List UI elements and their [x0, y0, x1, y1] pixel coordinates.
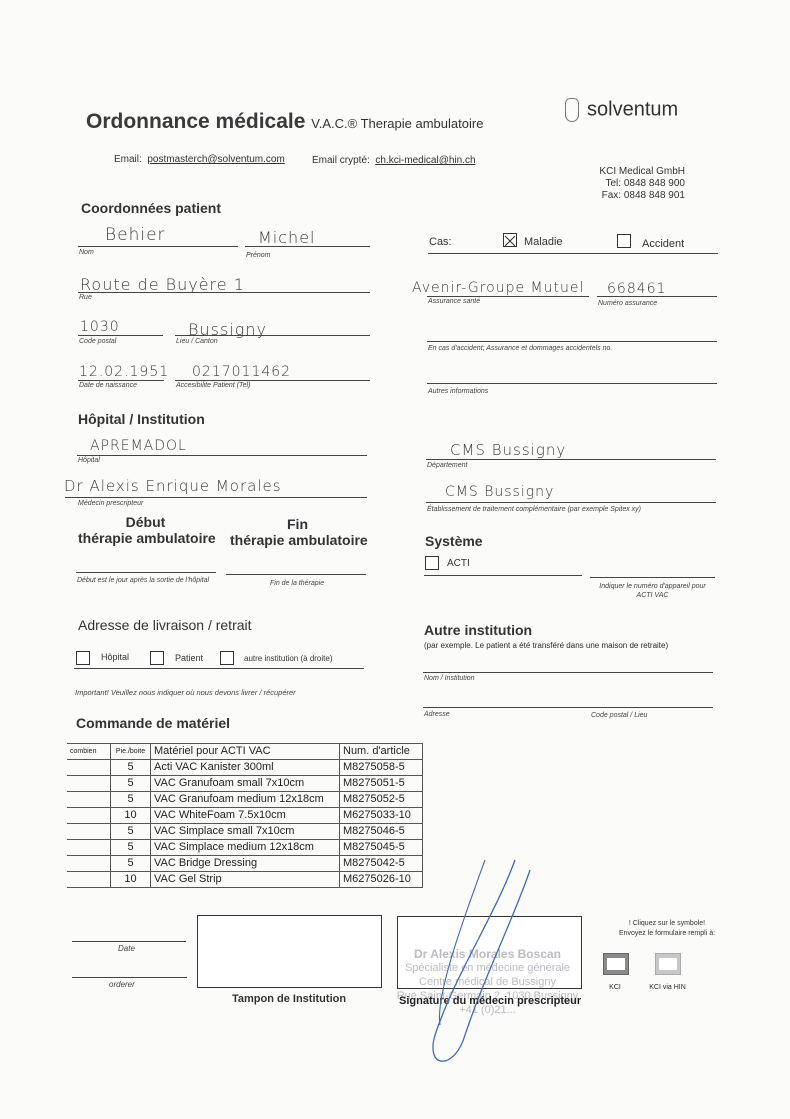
- col-per-box: Pie./boite: [111, 744, 151, 760]
- acti-label: ACTI: [447, 558, 470, 569]
- col-article: Num. d'article: [340, 744, 423, 760]
- table-row: 5Acti VAC Kanister 300mlM8275058-5: [67, 760, 423, 776]
- qty-cell[interactable]: [67, 824, 111, 840]
- send-hin-label: KCI via HIN: [645, 984, 690, 991]
- delivery-patient-label: Patient: [175, 653, 203, 663]
- patient-nom-value[interactable]: Behier: [105, 225, 166, 245]
- per-box-cell: 10: [111, 808, 151, 824]
- autres-label: Autres informations: [428, 388, 488, 395]
- company-name: KCI Medical GmbH: [590, 166, 685, 178]
- material-cell: VAC Bridge Dressing: [151, 856, 340, 872]
- stamp-label: Tampon de Institution: [232, 993, 346, 1005]
- table-header-row: combien Pie./boite Matériel pour ACTI VA…: [67, 744, 423, 760]
- col-material: Matériel pour ACTI VAC: [151, 744, 340, 760]
- orderer-field[interactable]: [72, 977, 187, 978]
- article-cell: M8275045-5: [340, 840, 423, 856]
- system-heading: Système: [425, 533, 483, 549]
- per-box-cell: 5: [111, 824, 151, 840]
- patient-heading: Coordonnées patient: [81, 200, 221, 216]
- debut-note: Début est le jour après la sortie de l'h…: [77, 577, 209, 584]
- company-tel: Tel: 0848 848 900: [590, 178, 685, 190]
- patient-tel-value[interactable]: 0217011462: [192, 364, 291, 380]
- col-combien: combien: [67, 744, 111, 760]
- article-cell: M6275026-10: [340, 872, 423, 888]
- rue-label: Rue: [79, 294, 92, 301]
- delivery-autre-checkbox[interactable]: [220, 651, 234, 665]
- patient-dob-value[interactable]: 12.02.1951: [79, 364, 169, 380]
- prenom-label: Prénom: [246, 252, 271, 259]
- therapy-debut: Début thérapie ambulatoire: [78, 514, 213, 546]
- device-note: Indiquer le numéro d'appareil pourACTI V…: [590, 582, 715, 600]
- numero-value[interactable]: 668461: [607, 281, 666, 297]
- qty-cell[interactable]: [67, 776, 111, 792]
- qty-cell[interactable]: [67, 872, 111, 888]
- company-fax: Fax: 0848 848 901: [590, 190, 685, 202]
- medecin-label: Médecin prescripteur: [78, 500, 143, 507]
- orderer-label: orderer: [109, 980, 135, 989]
- delivery-hopital-checkbox[interactable]: [76, 651, 90, 665]
- case-label: Cas:: [429, 236, 452, 248]
- per-box-cell: 5: [111, 856, 151, 872]
- article-cell: M8275046-5: [340, 824, 423, 840]
- patient-cp-value[interactable]: 1030: [80, 319, 120, 335]
- mail-hin-icon[interactable]: [655, 953, 681, 975]
- accident-checkbox[interactable]: [617, 234, 631, 248]
- debut-field[interactable]: [76, 572, 216, 573]
- solventum-s-icon: [565, 98, 579, 122]
- other-adresse-field[interactable]: [423, 707, 713, 708]
- email-line: Email: postmasterch@solventum.com: [114, 154, 285, 165]
- article-cell: M8275051-5: [340, 776, 423, 792]
- other-adresse-label: Adresse: [424, 711, 450, 718]
- dob-label: Date de naissance: [79, 382, 137, 389]
- material-cell: VAC Granufoam small 7x10cm: [151, 776, 340, 792]
- article-cell: M8275058-5: [340, 760, 423, 776]
- hopital-value[interactable]: APREMADOL: [90, 438, 187, 454]
- material-table: combien Pie./boite Matériel pour ACTI VA…: [67, 743, 423, 888]
- qty-cell[interactable]: [67, 760, 111, 776]
- other-institution-heading: Autre institution: [424, 622, 532, 638]
- departement-label: Département: [427, 462, 467, 469]
- lieu-label: Lieu / Canton: [176, 338, 218, 345]
- table-row: 5VAC Bridge DressingM8275042-5: [67, 856, 423, 872]
- institution-stamp-box[interactable]: [197, 915, 382, 988]
- patient-lieu-value[interactable]: Bussigny: [188, 320, 267, 339]
- etablissement-value[interactable]: CMS Bussigny: [445, 484, 554, 500]
- other-institution-sub: (par exemple. Le patient a été transféré…: [424, 641, 668, 650]
- date-field[interactable]: [72, 941, 186, 942]
- material-cell: VAC Granufoam medium 12x18cm: [151, 792, 340, 808]
- assurance-value[interactable]: Avenir-Groupe Mutuel: [412, 280, 584, 296]
- article-cell: M6275033-10: [340, 808, 423, 824]
- table-row: 5VAC Simplace small 7x10cmM8275046-5: [67, 824, 423, 840]
- article-cell: M8275052-5: [340, 792, 423, 808]
- material-cell: VAC Simplace medium 12x18cm: [151, 840, 340, 856]
- form-title: Ordonnance médicale V.A.C.® Therapie amb…: [86, 110, 483, 134]
- check-x-icon: [504, 235, 516, 247]
- table-row: 10VAC Gel StripM6275026-10: [67, 872, 423, 888]
- patient-prenom-value[interactable]: Michel: [258, 228, 315, 247]
- email-crypt-link[interactable]: ch.kci-medical@hin.ch: [375, 155, 475, 166]
- accident-no-label: En cas d'accident; Assurance et dommages…: [428, 345, 612, 352]
- email-link[interactable]: postmasterch@solventum.com: [147, 154, 284, 165]
- qty-cell[interactable]: [67, 856, 111, 872]
- material-cell: VAC Gel Strip: [151, 872, 340, 888]
- acti-checkbox[interactable]: [425, 556, 439, 570]
- delivery-patient-checkbox[interactable]: [150, 651, 164, 665]
- per-box-cell: 5: [111, 792, 151, 808]
- table-row: 10VAC WhiteFoam 7.5x10cmM6275033-10: [67, 808, 423, 824]
- form-subtitle: V.A.C.® Therapie ambulatoire: [311, 116, 483, 131]
- prescription-form: Ordonnance médicale V.A.C.® Therapie amb…: [0, 0, 790, 1119]
- hopital-label: Hôpital: [78, 457, 100, 464]
- etablissement-label: Établissement de traitement complémentai…: [427, 506, 641, 513]
- article-cell: M8275042-5: [340, 856, 423, 872]
- other-nom-field[interactable]: [423, 672, 713, 673]
- medecin-value[interactable]: Dr Alexis Enrique Morales: [64, 477, 282, 495]
- fin-note: Fin de la thérapie: [270, 580, 324, 587]
- device-number-field[interactable]: [590, 577, 715, 578]
- hospital-heading: Hôpital / Institution: [78, 411, 205, 427]
- solventum-logo: solventum: [565, 98, 678, 122]
- per-box-cell: 5: [111, 776, 151, 792]
- delivery-heading: Adresse de livraison / retrait: [78, 617, 252, 633]
- material-cell: VAC Simplace small 7x10cm: [151, 824, 340, 840]
- table-row: 5VAC Granufoam small 7x10cmM8275051-5: [67, 776, 423, 792]
- email-crypt-line: Email crypté: ch.kci-medical@hin.ch: [312, 155, 476, 166]
- therapy-fin: Fin thérapie ambulatoire: [230, 516, 365, 548]
- company-info: KCI Medical GmbH Tel: 0848 848 900 Fax: …: [590, 166, 685, 202]
- delivery-hopital-label: Hôpital: [101, 652, 129, 662]
- nom-label: Nom: [79, 249, 94, 256]
- tel-label: Accesibilite Patient (Tel): [176, 382, 250, 389]
- order-heading: Commande de matériel: [76, 715, 230, 731]
- per-box-cell: 5: [111, 760, 151, 776]
- per-box-cell: 5: [111, 840, 151, 856]
- accident-label: Accident: [642, 238, 684, 250]
- maladie-label: Maladie: [524, 236, 563, 248]
- per-box-cell: 10: [111, 872, 151, 888]
- numero-label: Numéro assurance: [598, 300, 657, 307]
- handwritten-signature: [415, 855, 545, 1075]
- other-nom-label: Nom / Institution: [424, 675, 475, 682]
- departement-value[interactable]: CMS Bussigny: [450, 441, 566, 459]
- delivery-note: Important! Veuillez nous indiquer où nou…: [75, 688, 296, 697]
- maladie-checkbox[interactable]: [503, 233, 517, 247]
- table-row: 5VAC Simplace medium 12x18cmM8275045-5: [67, 840, 423, 856]
- send-kci-label: KCI: [598, 984, 632, 991]
- qty-cell[interactable]: [67, 792, 111, 808]
- qty-cell[interactable]: [67, 808, 111, 824]
- delivery-autre-label: autre institution (à droite): [244, 654, 333, 663]
- other-cp-label: Code postal / Lieu: [591, 712, 647, 719]
- material-cell: VAC WhiteFoam 7.5x10cm: [151, 808, 340, 824]
- qty-cell[interactable]: [67, 840, 111, 856]
- cp-label: Code postal: [79, 338, 116, 345]
- table-row: 5VAC Granufoam medium 12x18cmM8275052-5: [67, 792, 423, 808]
- material-cell: Acti VAC Kanister 300ml: [151, 760, 340, 776]
- mail-kci-icon[interactable]: [603, 953, 629, 975]
- date-label: Date: [118, 944, 135, 953]
- assurance-label: Assurance santé: [428, 298, 480, 305]
- send-note: ! Cliquez sur le symbole! Envoyez le for…: [592, 919, 742, 939]
- fin-field[interactable]: [226, 574, 366, 575]
